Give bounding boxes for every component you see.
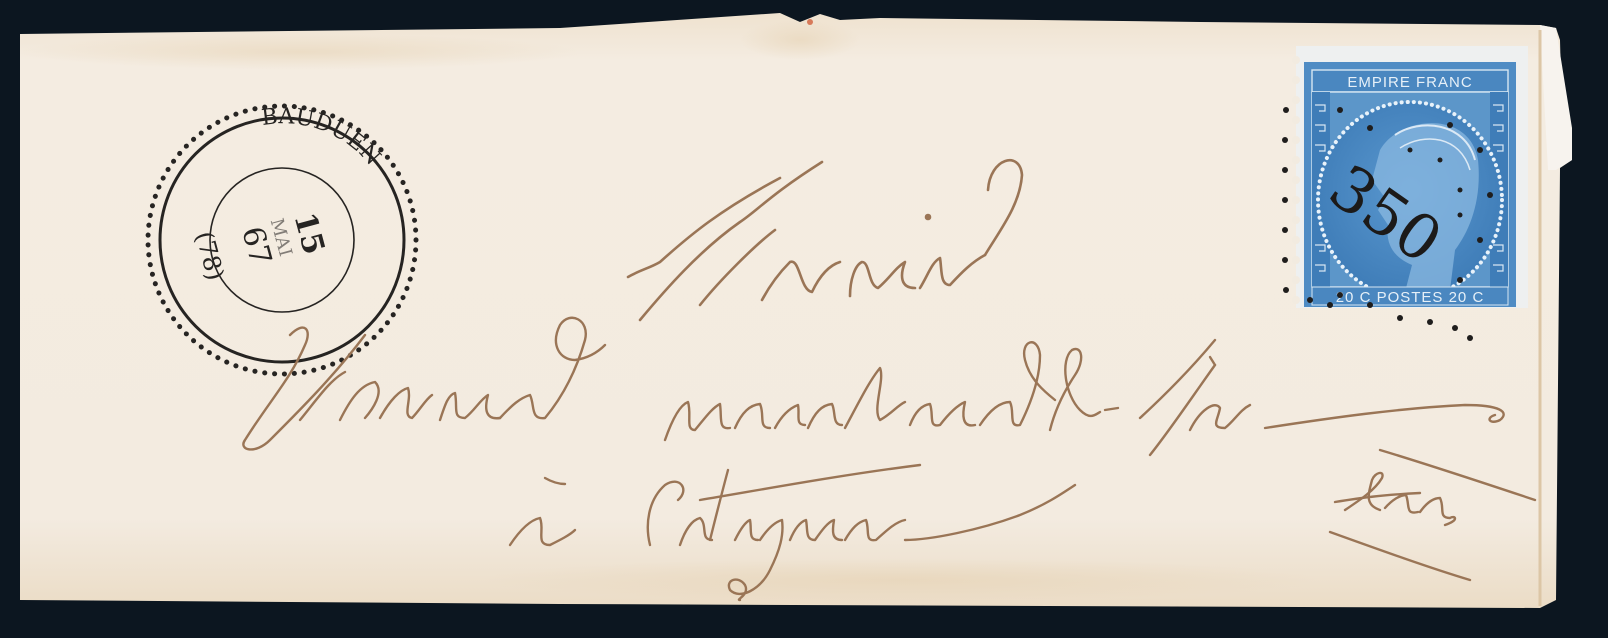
postal-cover: BAUDUEN 15 MAI 67 (78) EMPIRE FRANC [0, 0, 1608, 638]
stamp-bottom-inscription: 20 C POSTES 20 C [1336, 289, 1485, 306]
stamp-top-inscription: EMPIRE FRANC [1347, 74, 1472, 91]
stamp: EMPIRE FRANC 20 C POSTES 20 C [1282, 46, 1528, 341]
